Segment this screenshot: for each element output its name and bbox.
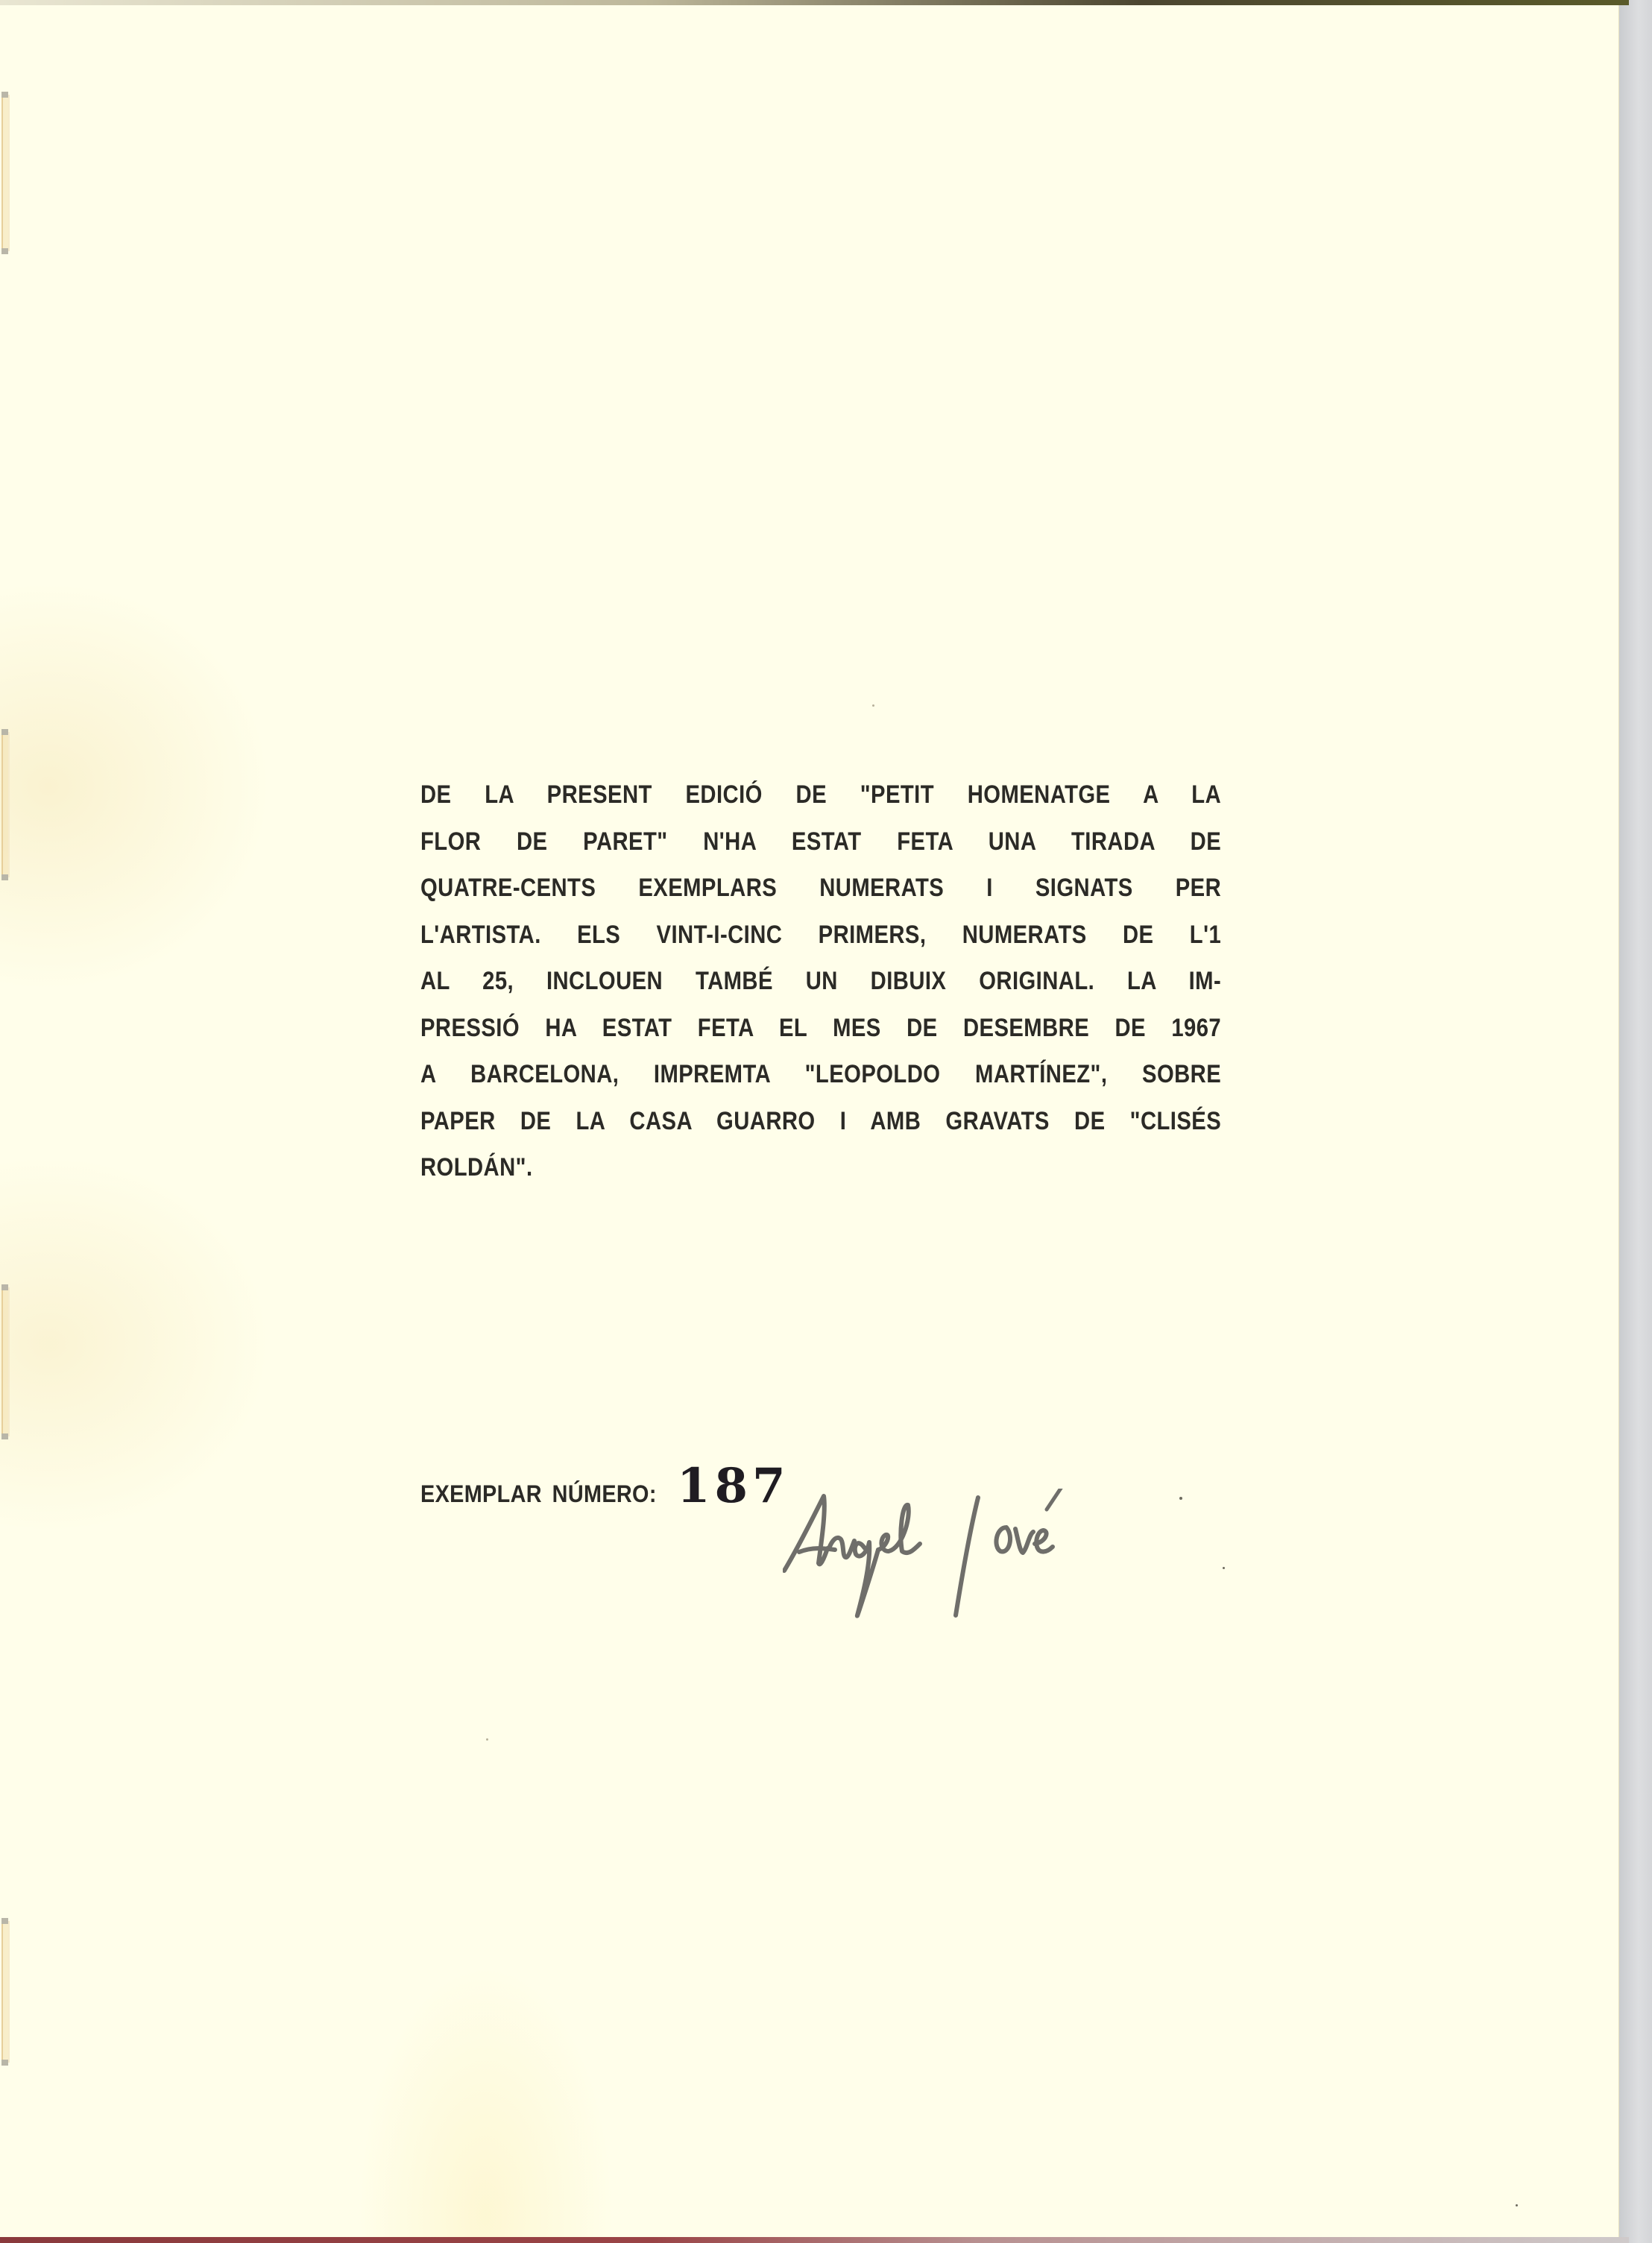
paper-speck — [872, 704, 874, 707]
binding-thread — [1, 732, 10, 877]
artist-signature: Àngel Jové — [783, 1489, 1170, 1638]
binding-thread — [1, 95, 10, 251]
colophon-line: QUATRE-CENTS EXEMPLARS NUMERATS I SIGNAT… — [420, 865, 1221, 912]
binding-thread — [1, 1921, 10, 2063]
paper-speck — [486, 1738, 488, 1741]
paper-speck — [1516, 2204, 1518, 2206]
signature-drawing — [783, 1489, 1170, 1638]
colophon-line: A BARCELONA, IMPREMTA "LEOPOLDO MARTÍNEZ… — [420, 1051, 1221, 1098]
colophon-line: PRESSIÓ HA ESTAT FETA EL MES DE DESEMBRE… — [420, 1005, 1221, 1052]
colophon-line: ROLDÁN". — [420, 1144, 1221, 1191]
colophon-line: L'ARTISTA. ELS VINT-I-CINC PRIMERS, NUME… — [420, 912, 1221, 959]
copy-number-value: 187 — [677, 1463, 790, 1510]
colophon-text: DE LA PRESENT EDICIÓ DE "PETIT HOMENATGE… — [420, 772, 1109, 1191]
copy-number-label: EXEMPLAR NÚMERO: — [420, 1480, 657, 1508]
colophon-line: FLOR DE PARET" N'HA ESTAT FETA UNA TIRAD… — [420, 818, 1221, 865]
cover-edge-top — [0, 0, 1629, 5]
colophon-line: PAPER DE LA CASA GUARRO I AMB GRAVATS DE… — [420, 1098, 1221, 1145]
cover-edge-bottom — [0, 2237, 1629, 2243]
book-page: DE LA PRESENT EDICIÓ DE "PETIT HOMENATGE… — [0, 5, 1618, 2237]
colophon-line: AL 25, INCLOUEN TAMBÉ UN DIBUIX ORIGINAL… — [420, 958, 1221, 1005]
binding-thread — [1, 1287, 10, 1436]
copy-number: EXEMPLAR NÚMERO: 187 — [420, 1463, 790, 1510]
paper-speck — [1179, 1497, 1182, 1500]
paper-speck — [1223, 1567, 1225, 1569]
scan-background — [1618, 0, 1652, 2243]
colophon-line: DE LA PRESENT EDICIÓ DE "PETIT HOMENATGE… — [420, 772, 1221, 818]
